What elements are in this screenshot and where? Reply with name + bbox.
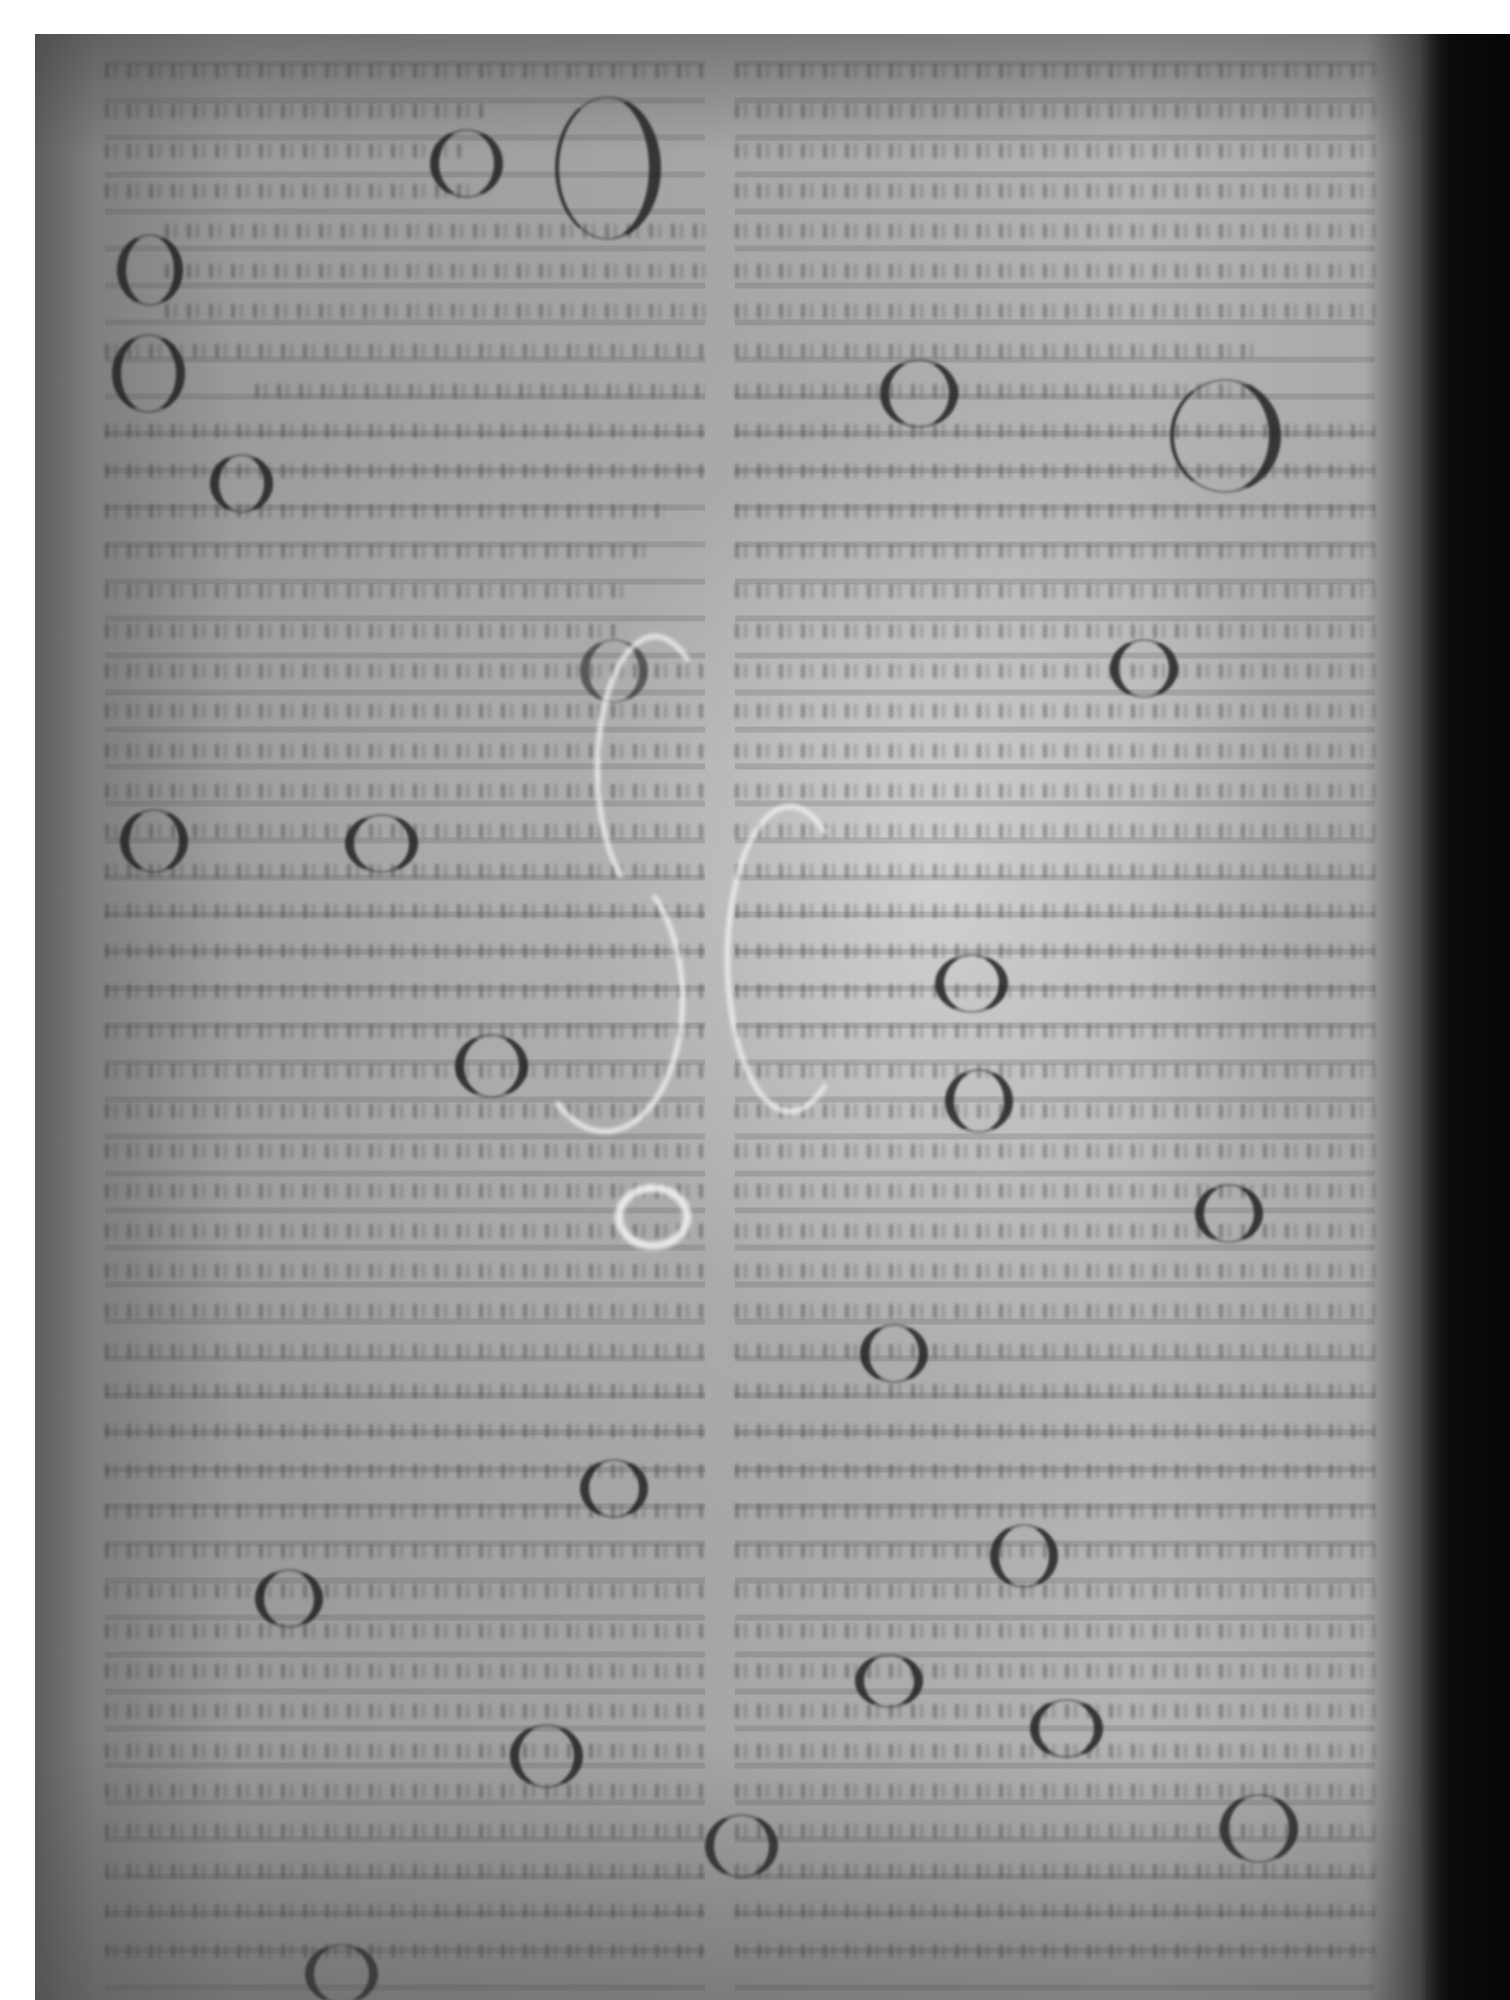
text-line — [105, 1584, 705, 1598]
initial-letter-o — [117, 234, 183, 306]
text-line — [735, 144, 1375, 158]
text-line — [735, 384, 1255, 398]
text-line — [735, 1624, 1375, 1638]
initial-letter-o — [1110, 639, 1178, 698]
large-initial-o — [555, 96, 661, 240]
initial-letter-o — [860, 1324, 928, 1383]
text-line — [735, 1504, 1375, 1518]
text-line — [735, 1264, 1375, 1278]
text-line — [105, 544, 645, 558]
initial-letter-o — [935, 954, 1008, 1013]
initial-letter-o — [580, 1459, 648, 1518]
initial-letter-o — [430, 129, 503, 198]
initial-letter-o — [455, 1034, 528, 1098]
text-line — [105, 64, 705, 78]
initial-letter-o — [120, 809, 188, 873]
text-line — [105, 424, 705, 438]
text-line — [165, 304, 705, 318]
text-line — [735, 1304, 1375, 1318]
text-line — [105, 464, 705, 478]
large-initial-o — [1170, 379, 1281, 493]
initial-letter-o — [1195, 1184, 1263, 1243]
text-line — [105, 1544, 705, 1558]
text-line — [105, 1344, 705, 1358]
text-line — [735, 224, 1375, 238]
initial-letter-o — [112, 334, 185, 413]
dark-edge-band — [1420, 34, 1510, 2000]
text-line — [735, 104, 1375, 118]
text-line — [105, 1424, 705, 1438]
initial-letter-o — [945, 1069, 1013, 1133]
text-line — [105, 184, 475, 198]
text-line — [105, 1184, 705, 1198]
initial-letter-o — [855, 1654, 923, 1708]
text-line — [105, 624, 615, 638]
text-line — [105, 1144, 705, 1158]
text-line — [105, 1624, 705, 1638]
manuscript-photo — [35, 34, 1510, 2000]
text-line — [735, 744, 1375, 758]
text-line — [105, 144, 465, 158]
text-line — [735, 1664, 1375, 1678]
text-line — [735, 1104, 1375, 1118]
text-line — [735, 1144, 1375, 1158]
initial-letter-o — [990, 1524, 1058, 1588]
text-line — [735, 344, 1255, 358]
initial-letter-o — [345, 814, 418, 873]
text-line — [105, 1664, 705, 1678]
text-line — [735, 624, 1375, 638]
text-line — [735, 544, 1375, 558]
text-line — [735, 584, 1375, 598]
text-line — [735, 464, 1375, 478]
text-line — [105, 104, 485, 118]
text-line — [105, 1704, 705, 1718]
text-line — [105, 584, 625, 598]
text-line — [735, 1424, 1375, 1438]
text-line — [735, 1224, 1375, 1238]
text-line — [255, 384, 705, 398]
text-line — [105, 1264, 705, 1278]
initial-letter-o — [210, 454, 273, 513]
initial-letter-o — [880, 359, 958, 428]
text-line — [735, 824, 1375, 838]
text-line — [735, 704, 1375, 718]
text-line — [735, 504, 1375, 518]
text-line — [105, 1304, 705, 1318]
smudge-mark — [595, 634, 715, 904]
text-line — [735, 1184, 1375, 1198]
text-line — [735, 784, 1375, 798]
smudge-mark — [615, 1184, 691, 1250]
bottom-shadow — [35, 1740, 1425, 2000]
text-line — [735, 184, 1375, 198]
initial-letter-o — [255, 1569, 323, 1628]
smudge-mark — [525, 864, 685, 1134]
text-line — [165, 264, 705, 278]
smudge-mark — [725, 804, 855, 1114]
text-line — [735, 1584, 1375, 1598]
text-line — [735, 1464, 1375, 1478]
text-line — [735, 664, 1375, 678]
text-line — [735, 1344, 1375, 1358]
text-line — [735, 304, 1375, 318]
text-line — [105, 344, 705, 358]
text-line — [105, 504, 665, 518]
text-line — [735, 64, 1375, 78]
text-line — [735, 264, 1375, 278]
text-line — [105, 1224, 705, 1238]
text-line — [735, 1384, 1375, 1398]
text-line — [105, 1384, 705, 1398]
